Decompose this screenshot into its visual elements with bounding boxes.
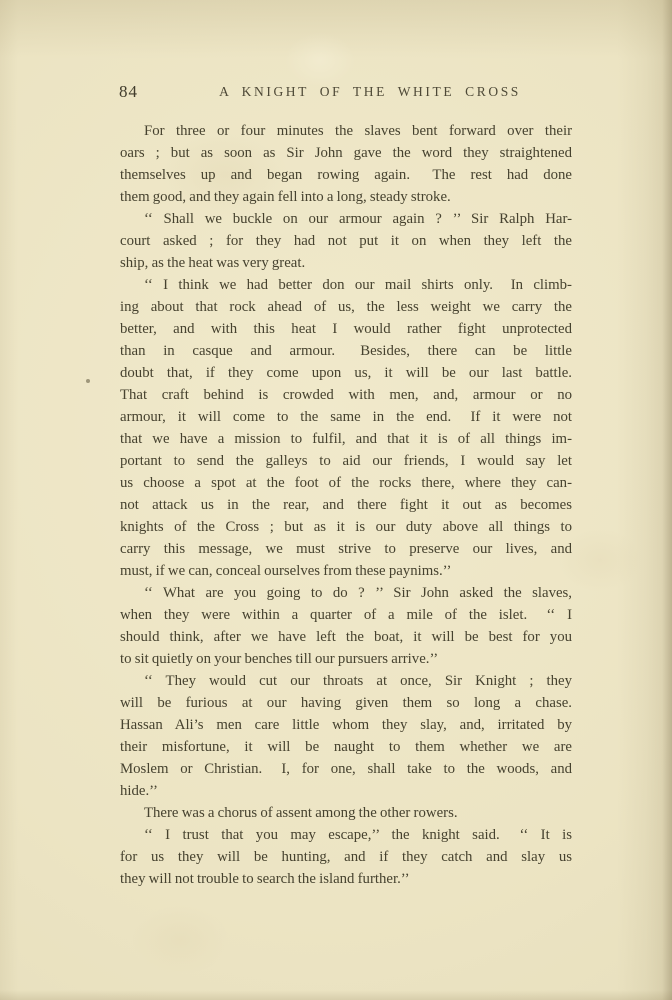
text-line: doubt that, if they come upon us, it wil… <box>120 362 572 384</box>
text-line: carry this message, we must strive to pr… <box>120 538 572 560</box>
text-line: knights of the Cross ; but as it is our … <box>120 516 572 538</box>
paragraph: For three or four minutes the slaves ben… <box>120 120 572 208</box>
text-line: oars ; but as soon as Sir John gave the … <box>120 142 572 164</box>
page-header: 84 A KNIGHT OF THE WHITE CROSS <box>0 82 672 102</box>
text-line: better, and with this heat I would rathe… <box>120 318 572 340</box>
text-line: them good, and they again fell into a lo… <box>120 186 572 208</box>
text-line: ‘‘ I think we had better don our mail sh… <box>120 274 572 296</box>
paragraph: There was a chorus of assent among the o… <box>120 802 572 824</box>
text-line: ‘‘ They would cut our throats at once, S… <box>120 670 572 692</box>
text-line: court asked ; for they had not put it on… <box>120 230 572 252</box>
text-line: when they were within a quarter of a mil… <box>120 604 572 626</box>
text-line: Hassan Ali’s men care little whom they s… <box>120 714 572 736</box>
text-line: themselves up and began rowing again. Th… <box>120 164 572 186</box>
text-line: for us they will be hunting, and if they… <box>120 846 572 868</box>
running-title: A KNIGHT OF THE WHITE CROSS <box>219 84 521 100</box>
paragraph: ‘‘ I trust that you may escape,’’ the kn… <box>120 824 572 890</box>
text-line: should think, after we have left the boa… <box>120 626 572 648</box>
text-block: For three or four minutes the slaves ben… <box>120 120 572 890</box>
text-line: than in casque and armour. Besides, ther… <box>120 340 572 362</box>
paragraph: ‘‘ What are you going to do ? ’’ Sir Joh… <box>120 582 572 670</box>
text-line: must, if we can, conceal ourselves from … <box>120 560 572 582</box>
book-page: 84 A KNIGHT OF THE WHITE CROSS For three… <box>0 0 672 1000</box>
text-line: ing about that rock ahead of us, the les… <box>120 296 572 318</box>
text-line: ‘‘ What are you going to do ? ’’ Sir Joh… <box>120 582 572 604</box>
text-line: will be furious at our having given them… <box>120 692 572 714</box>
text-line: they will not trouble to search the isla… <box>120 868 572 890</box>
page-number: 84 <box>119 82 138 102</box>
text-line: their misfortune, it will be naught to t… <box>120 736 572 758</box>
text-line: not attack us in the rear, and there fig… <box>120 494 572 516</box>
paragraph: ‘‘ I think we had better don our mail sh… <box>120 274 572 582</box>
paragraph: ‘‘ Shall we buckle on our armour again ?… <box>120 208 572 274</box>
text-line: portant to send the galleys to aid our f… <box>120 450 572 472</box>
text-line: There was a chorus of assent among the o… <box>120 802 572 824</box>
text-line: that we have a mission to fulfil, and th… <box>120 428 572 450</box>
text-line: us choose a spot at the foot of the rock… <box>120 472 572 494</box>
text-line: ‘‘ Shall we buckle on our armour again ?… <box>120 208 572 230</box>
text-line: to sit quietly on your benches till our … <box>120 648 572 670</box>
text-line: Moslem or Christian. I, for one, shall t… <box>120 758 572 780</box>
text-line: hide.’’ <box>120 780 572 802</box>
text-line: For three or four minutes the slaves ben… <box>120 120 572 142</box>
paragraph: ‘‘ They would cut our throats at once, S… <box>120 670 572 802</box>
text-line: ship, as the heat was very great. <box>120 252 572 274</box>
text-line: That craft behind is crowded with men, a… <box>120 384 572 406</box>
text-line: armour, it will come to the same in the … <box>120 406 572 428</box>
text-line: ‘‘ I trust that you may escape,’’ the kn… <box>120 824 572 846</box>
scan-speck <box>86 379 90 383</box>
